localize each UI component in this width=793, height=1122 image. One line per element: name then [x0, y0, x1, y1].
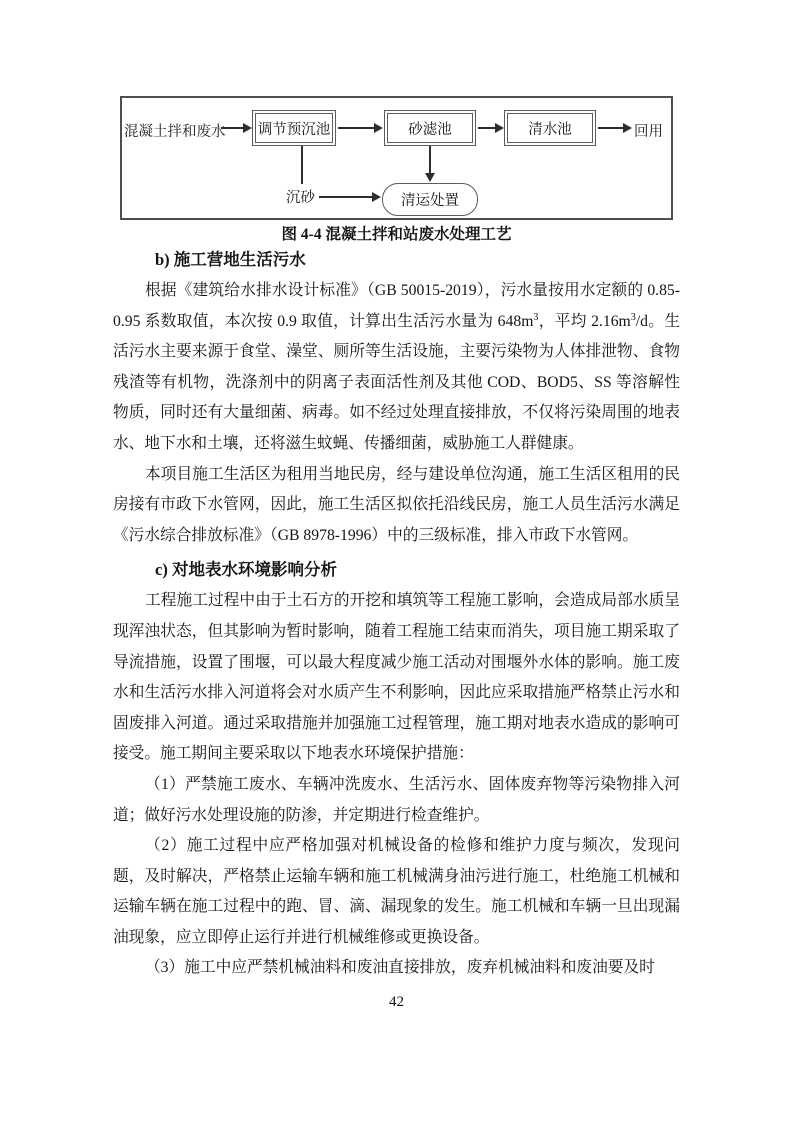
flowchart-box-clean-water-tank: 清水池: [504, 110, 596, 146]
paragraph-measure-1: （1）严禁施工废水、车辆冲洗废水、生活污水、固体废弃物等污染物排入河道；做好污水…: [113, 770, 680, 831]
flow-arrow-right-icon: [338, 127, 375, 129]
flowchart-output-label: 回用: [634, 120, 663, 141]
figure-caption: 图 4-4 混凝土拌和站废水处理工艺: [113, 225, 680, 244]
paragraph-surface-water-impact: 工程施工过程中由于土石方的开挖和填筑等工程施工影响，会造成局部水质呈现浑浊状态，…: [113, 586, 680, 770]
flowchart-box-label: 砂滤池: [387, 113, 473, 143]
page-content: 混凝土拌和废水 调节预沉池 砂滤池 清水池 回用 沉砂 清运处置 图 4-4 混…: [113, 0, 680, 984]
page-number: 42: [0, 994, 793, 1011]
flow-arrow-down-icon: [429, 146, 431, 174]
flowchart-disposal-node: 清运处置: [382, 183, 478, 216]
flow-arrow-right-icon: [598, 127, 624, 129]
flowchart-box-label: 清水池: [507, 113, 593, 143]
flowchart-box-sand-filter-tank: 砂滤池: [384, 110, 476, 146]
wastewater-process-flowchart: 混凝土拌和废水 调节预沉池 砂滤池 清水池 回用 沉砂 清运处置: [120, 96, 673, 220]
flow-connector-line: [301, 146, 303, 184]
flowchart-sediment-label: 沉砂: [286, 186, 315, 207]
flow-arrow-right-icon: [221, 127, 244, 129]
flow-arrow-right-icon: [478, 127, 496, 129]
document-page: 混凝土拌和废水 调节预沉池 砂滤池 清水池 回用 沉砂 清运处置 图 4-4 混…: [0, 0, 793, 1122]
section-heading-c: c) 对地表水环境影响分析: [155, 558, 680, 582]
flow-arrow-right-icon: [319, 196, 373, 198]
paragraph-camp-sewage-disposal: 本项目施工生活区为租用当地民房，经与建设单位沟通，施工生活区租用的民房接有市政下…: [113, 460, 680, 552]
section-heading-b: b) 施工营地生活污水: [155, 248, 680, 272]
paragraph-domestic-sewage: 根据《建筑给水排水设计标准》（GB 50015-2019），污水量按用水定额的 …: [113, 276, 680, 460]
paragraph-measure-3: （3）施工中应严禁机械油料和废油直接排放，废弃机械油料和废油要及时: [113, 953, 680, 984]
flowchart-box-label: 调节预沉池: [255, 113, 333, 143]
flowchart-box-regulating-presedimentation-tank: 调节预沉池: [252, 110, 336, 146]
flowchart-input-label: 混凝土拌和废水: [124, 120, 226, 141]
paragraph-measure-2: （2）施工过程中应严格加强对机械设备的检修和维护力度与频次，发现问题，及时解决，…: [113, 831, 680, 953]
